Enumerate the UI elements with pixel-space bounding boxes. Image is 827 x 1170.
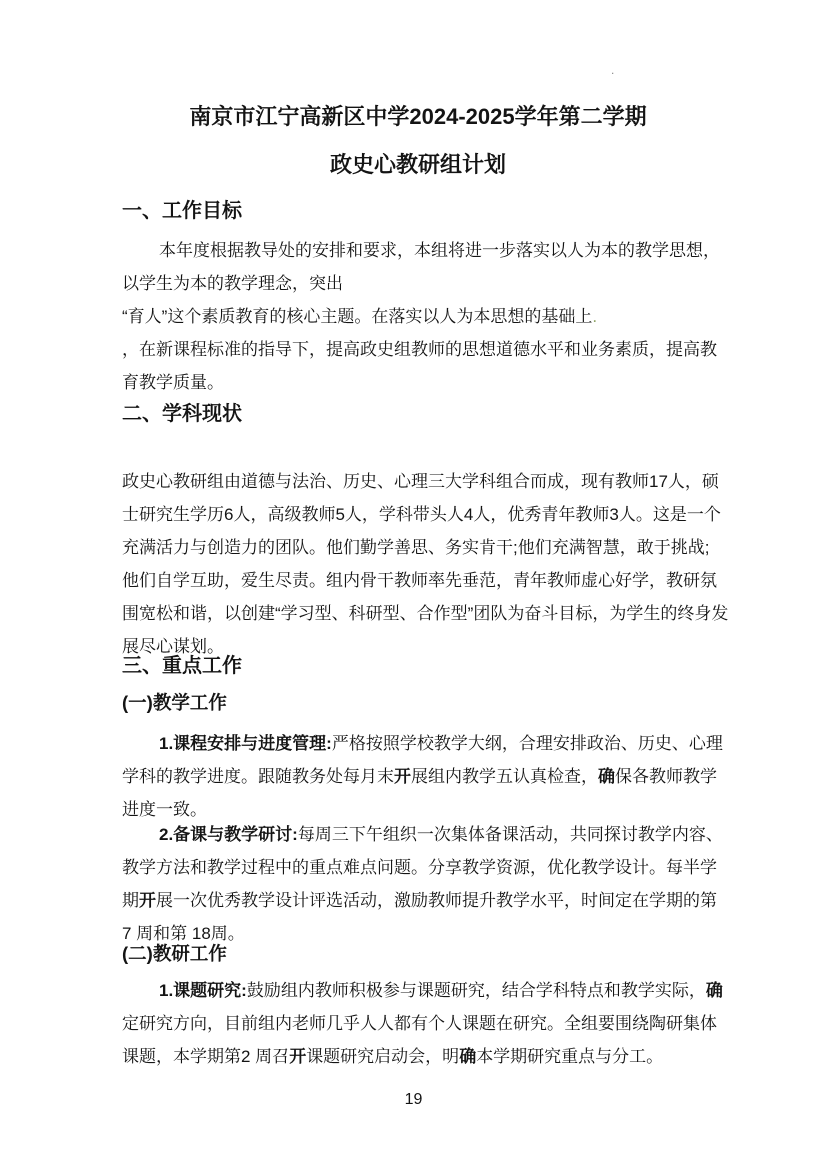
document-page: . 南京市江宁高新区中学2024-2025学年第二学期 政史心教研组计划 一、工… [0, 0, 827, 1170]
text-segment: 鼓励组内教师积极参与课题研究，结合学科特点和教学实际， [247, 981, 706, 1000]
text-line: 学科的教学进度。跟随教务处每月末开展组内教学五认真检查，确保各教师教学 [122, 760, 714, 793]
text-line: 他们自学互助，爱生尽责。组内骨干教师率先垂范，青年教师虚心好学，教研氛 [122, 564, 714, 597]
section-heading-subject-status: 二、学科现状 [122, 401, 714, 427]
doc-title-line-1: 南京市江宁高新区中学2024-2025学年第二学期 [122, 102, 714, 132]
text-segment: 每周三下午组织一次集体备课活动，共同探讨教学内容、 [298, 825, 723, 844]
text-segment: 展一次优秀教学设计评选活动，激励教师提升教学水平，时间定在学期的第 [156, 891, 717, 910]
paragraph-subject-status: 政史心教研组由道德与法治、历史、心理三大学科组合而成，现有教师17人，硕 士研究… [122, 465, 714, 663]
bold-char: 开 [394, 767, 411, 786]
text-segment: 严格按照学校教学大纲，合理安排政治、历史、心理 [332, 734, 723, 753]
text-line: 2.备课与教学研讨:每周三下午组织一次集体备课活动，共同探讨教学内容、 [122, 818, 714, 851]
subsection-heading-research-work: (二)教研工作 [122, 942, 714, 966]
text-segment: “育人”这个素质教育的核心主题。在落实以人为本思想的基础上 [122, 307, 592, 326]
text-line: 教学方法和教学过程中的重点难点问题。分享教学资源，优化教学设计。每半学 [122, 851, 714, 884]
bold-run: 1.课题研究: [159, 981, 247, 1000]
bold-char: 确 [459, 1047, 476, 1066]
text-segment: 课题研究启动会，明 [306, 1047, 459, 1066]
text-line: 政史心教研组由道德与法治、历史、心理三大学科组合而成，现有教师17人，硕 [122, 465, 714, 498]
text-segment: 学科的教学进度。跟随教务处每月末 [122, 767, 394, 786]
text-segment: 保各教师教学 [615, 767, 717, 786]
text-line: 围宽松和谐，以创建“学习型、科研型、合作型”团队为奋斗目标，为学生的终身发 [122, 597, 714, 630]
text-line: 课题，本学期第2 周召开课题研究启动会，明确本学期研究重点与分工。 [122, 1040, 714, 1073]
bold-run: 2.备课与教学研讨: [159, 825, 298, 844]
text-line: 期开展一次优秀教学设计评选活动，激励教师提升教学水平，时间定在学期的第 [122, 884, 714, 917]
bold-char: 确 [598, 767, 615, 786]
paragraph-work-goals: 本年度根据教导处的安排和要求，本组将进一步落实以人为本的教学思想， 以学生为本的… [122, 234, 714, 399]
bold-char: 开 [139, 891, 156, 910]
text-segment: 展组内教学五认真检查， [411, 767, 598, 786]
text-line: 士研究生学历6人，高级教师5人，学科带头人4人，优秀青年教师3人。这是一个 [122, 498, 714, 531]
text-segment: 期 [122, 891, 139, 910]
text-line: 1.课题研究:鼓励组内教师积极参与课题研究，结合学科特点和教学实际，确 [122, 974, 714, 1007]
text-line: 育教学质量。 [122, 366, 714, 399]
bold-char: 确 [706, 981, 723, 1000]
text-segment: 课题，本学期第2 周召 [122, 1047, 289, 1066]
text-line: ，在新课程标准的指导下，提高政史组教师的思想道德水平和业务素质，提高教 [122, 333, 714, 366]
paragraph-topic-research: 1.课题研究:鼓励组内教师积极参与课题研究，结合学科特点和教学实际，确 定研究方… [122, 974, 714, 1073]
subsection-heading-teaching-work: (一)教学工作 [122, 691, 714, 715]
text-line: 以学生为本的教学理念，突出 [122, 267, 714, 300]
faint-period-mark: . [592, 307, 597, 326]
bold-char: 开 [289, 1047, 306, 1066]
text-line: 本年度根据教导处的安排和要求，本组将进一步落实以人为本的教学思想， [122, 234, 714, 267]
section-heading-key-work: 三、重点工作 [122, 653, 714, 679]
text-line: 充满活力与创造力的团队。他们勤学善思、务实肯干;他们充满智慧，敢于挑战; [122, 531, 714, 564]
paragraph-course-schedule: 1.课程安排与进度管理:严格按照学校教学大纲，合理安排政治、历史、心理 学科的教… [122, 727, 714, 826]
text-line: 1.课程安排与进度管理:严格按照学校教学大纲，合理安排政治、历史、心理 [122, 727, 714, 760]
section-heading-work-goals: 一、工作目标 [122, 198, 714, 224]
page-number: 19 [0, 1090, 827, 1110]
document-content: 南京市江宁高新区中学2024-2025学年第二学期 政史心教研组计划 一、工作目… [122, 0, 714, 1073]
text-segment: 本学期研究重点与分工。 [476, 1047, 663, 1066]
doc-title-line-2: 政史心教研组计划 [122, 150, 714, 180]
text-line: 定研究方向，目前组内老师几乎人人都有个人课题在研究。全组要围绕陶研集体 [122, 1007, 714, 1040]
paragraph-lesson-prep: 2.备课与教学研讨:每周三下午组织一次集体备课活动，共同探讨教学内容、 教学方法… [122, 818, 714, 950]
text-line: “育人”这个素质教育的核心主题。在落实以人为本思想的基础上. [122, 300, 714, 333]
bold-run: 1.课程安排与进度管理: [159, 734, 332, 753]
